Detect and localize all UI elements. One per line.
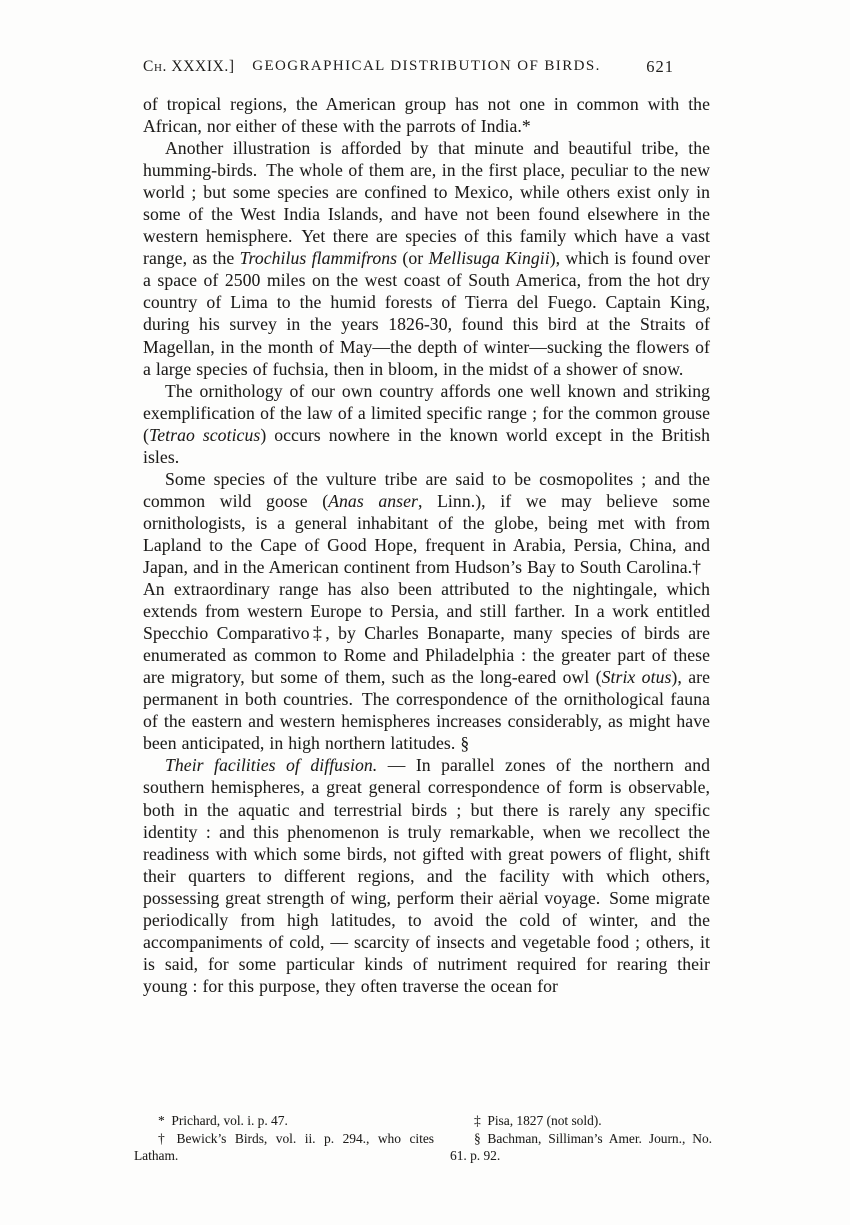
page-body: of tropical regions, the American group …	[143, 93, 710, 997]
italic-text: Their facilities of diffusion.	[165, 755, 377, 775]
footnote: † Bewick’s Birds, vol. ii. p. 294., who …	[134, 1130, 434, 1165]
footnotes-left-column: * Prichard, vol. i. p. 47.† Bewick’s Bir…	[134, 1112, 434, 1165]
paragraph-1: of tropical regions, the American group …	[143, 93, 710, 137]
page-title: GEOGRAPHICAL DISTRIBUTION OF BIRDS.	[143, 58, 710, 75]
text-block: Ch. XXXIX.] GEOGRAPHICAL DISTRIBUTION OF…	[143, 57, 710, 997]
text-segment: — In parallel zones of the northern and …	[143, 755, 710, 995]
footnote: ‡ Pisa, 1827 (not sold).	[450, 1112, 712, 1130]
italic-text: Strix otus	[602, 667, 672, 687]
book-page: Ch. XXXIX.] GEOGRAPHICAL DISTRIBUTION OF…	[0, 0, 850, 1225]
text-segment: (or	[397, 248, 428, 268]
paragraph-5: Their facilities of diffusion. — In para…	[143, 754, 710, 997]
footnotes-right-column: ‡ Pisa, 1827 (not sold).§ Bachman, Silli…	[450, 1112, 712, 1165]
italic-text: Mellisuga Kingii	[429, 248, 550, 268]
italic-text: Tetrao scoticus	[149, 425, 260, 445]
text-segment: , Linn.), if we may believe some ornitho…	[143, 491, 710, 687]
paragraph-4: Some species of the vulture tribe are sa…	[143, 468, 710, 755]
footnote: § Bachman, Silliman’s Amer. Journ., No. …	[450, 1130, 712, 1165]
text-segment: of tropical regions, the American group …	[143, 94, 710, 136]
italic-text: Anas anser	[328, 491, 418, 511]
italic-text: Trochilus flammifrons	[240, 248, 398, 268]
page-number: 621	[646, 57, 674, 77]
running-header: Ch. XXXIX.] GEOGRAPHICAL DISTRIBUTION OF…	[143, 57, 710, 81]
paragraph-3: The ornithology of our own country affor…	[143, 380, 710, 468]
footnote: * Prichard, vol. i. p. 47.	[134, 1112, 434, 1130]
paragraph-2: Another illustration is afforded by that…	[143, 137, 710, 380]
footnotes: * Prichard, vol. i. p. 47.† Bewick’s Bir…	[134, 1112, 712, 1165]
